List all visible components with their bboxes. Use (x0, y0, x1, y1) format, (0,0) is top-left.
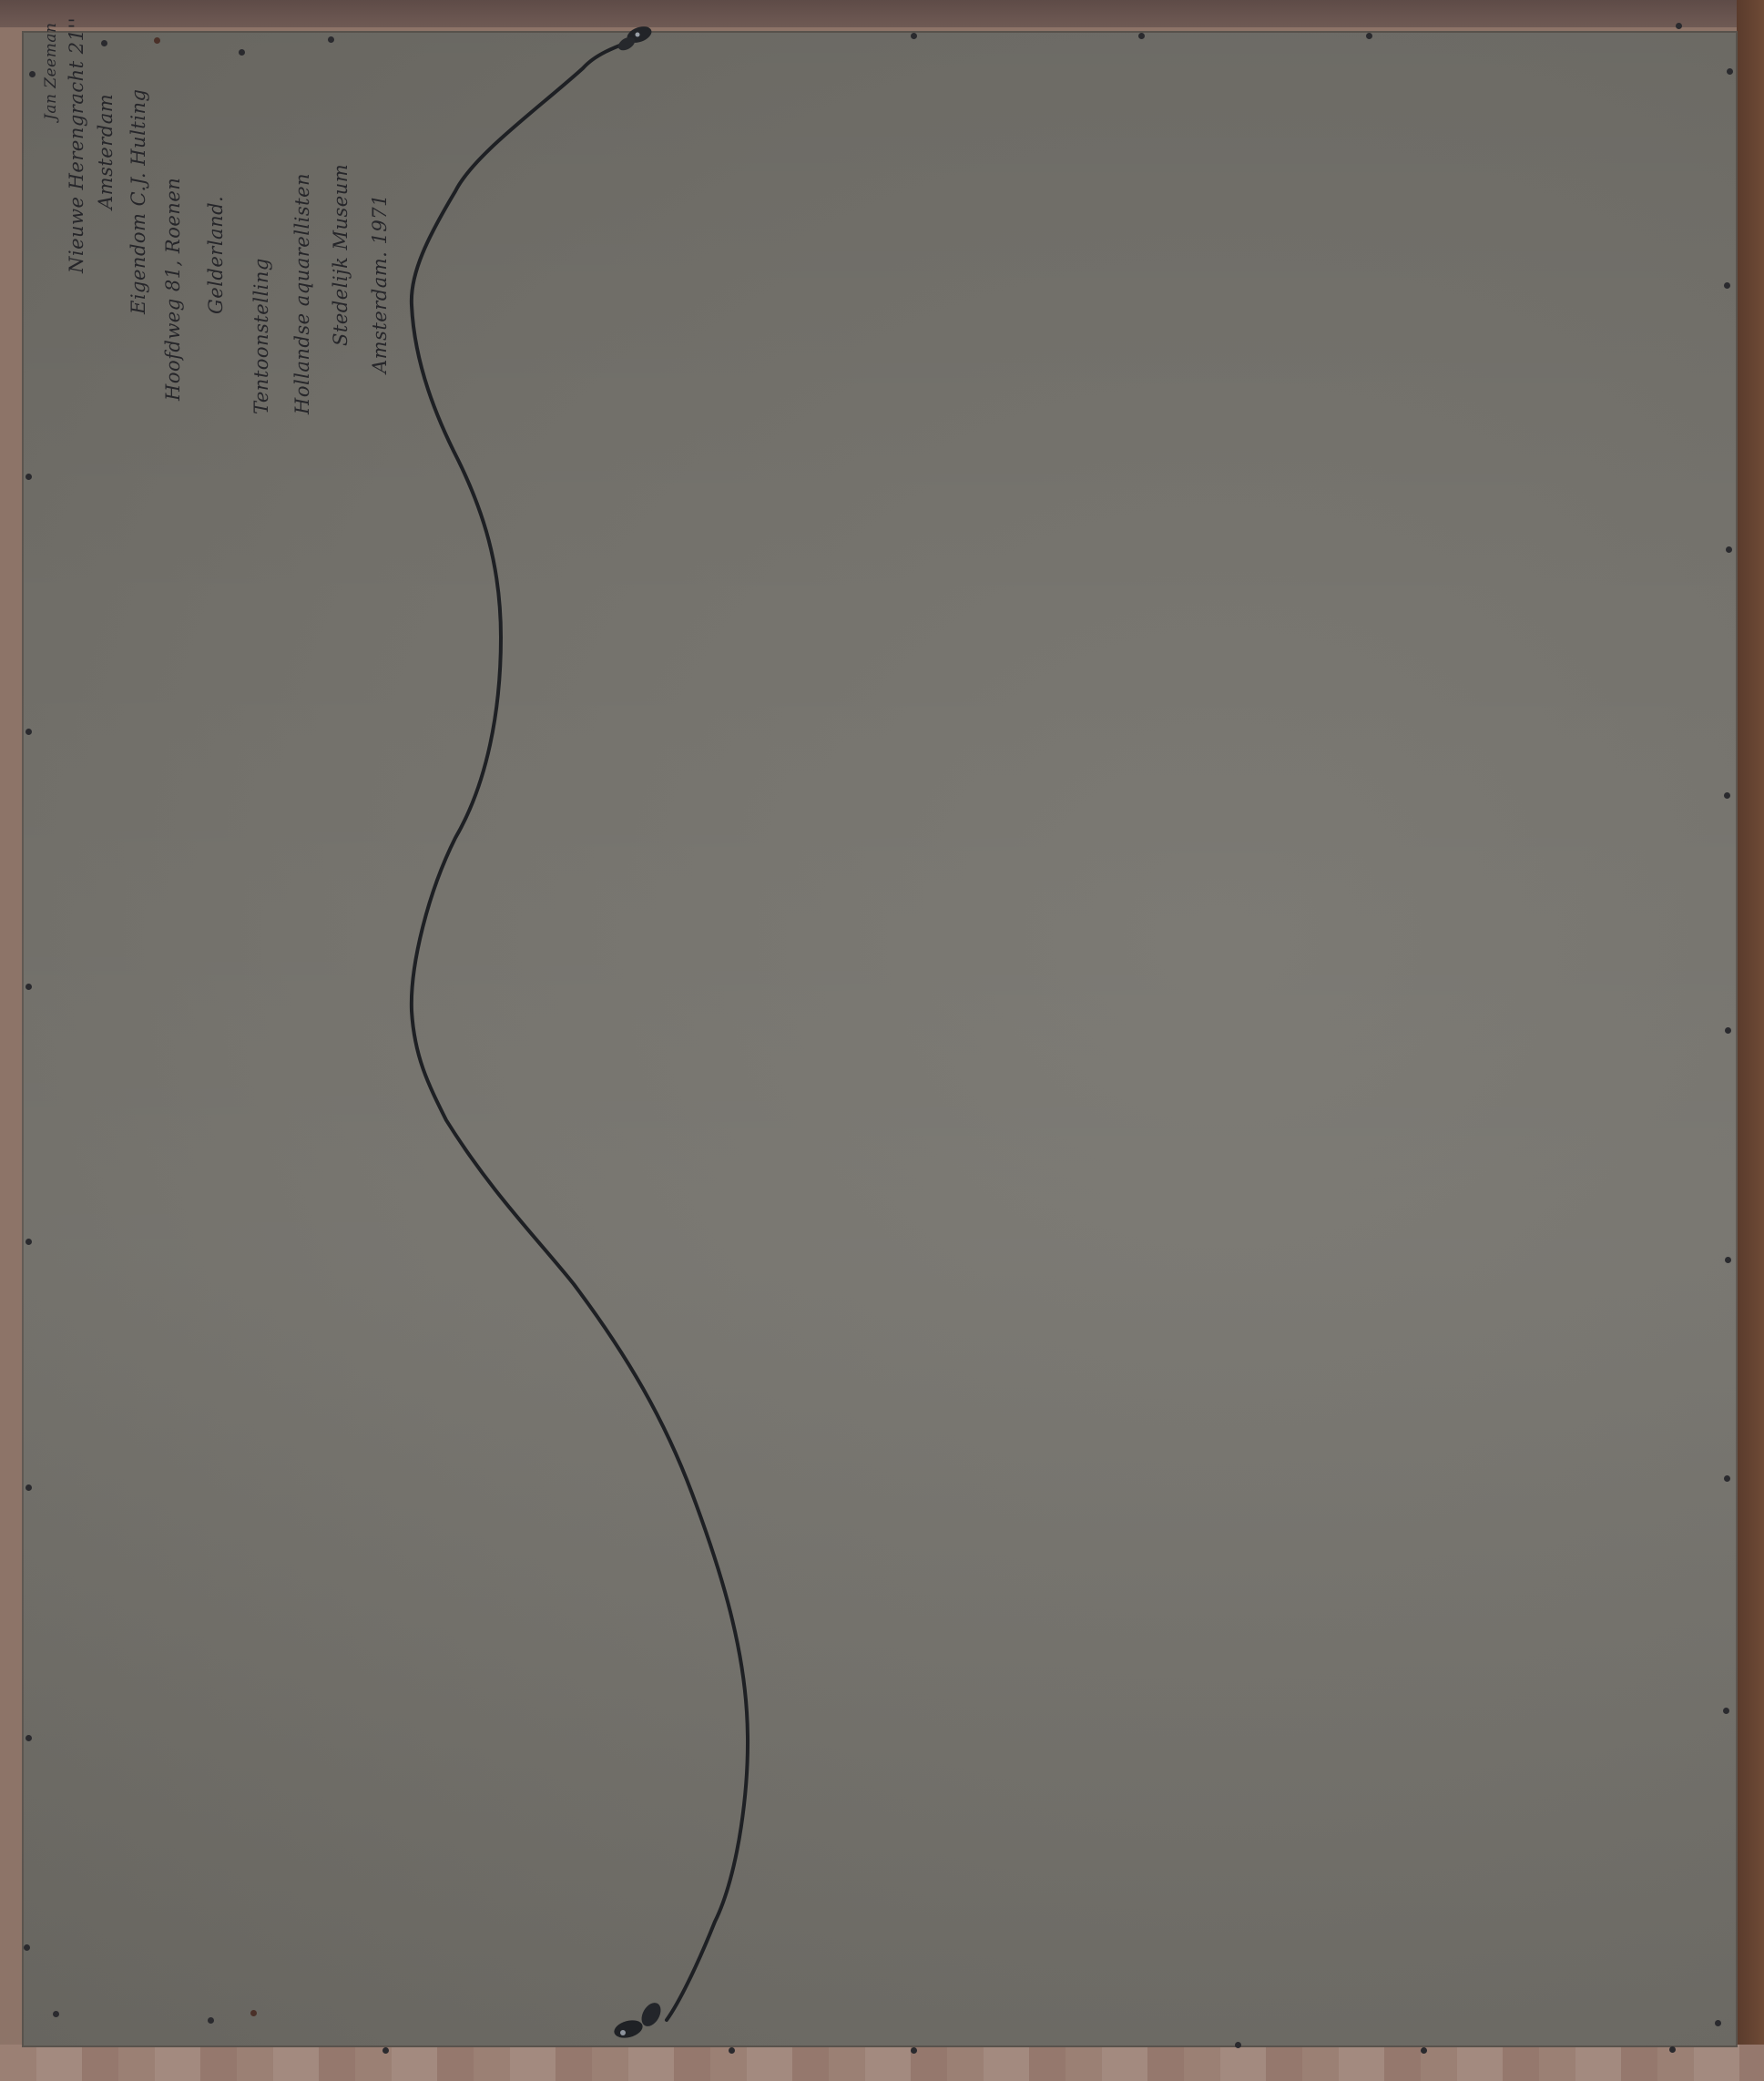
top-hook-icon (616, 24, 654, 54)
hanging-wire (0, 0, 1764, 2081)
bottom-hook-icon (612, 1999, 665, 2040)
